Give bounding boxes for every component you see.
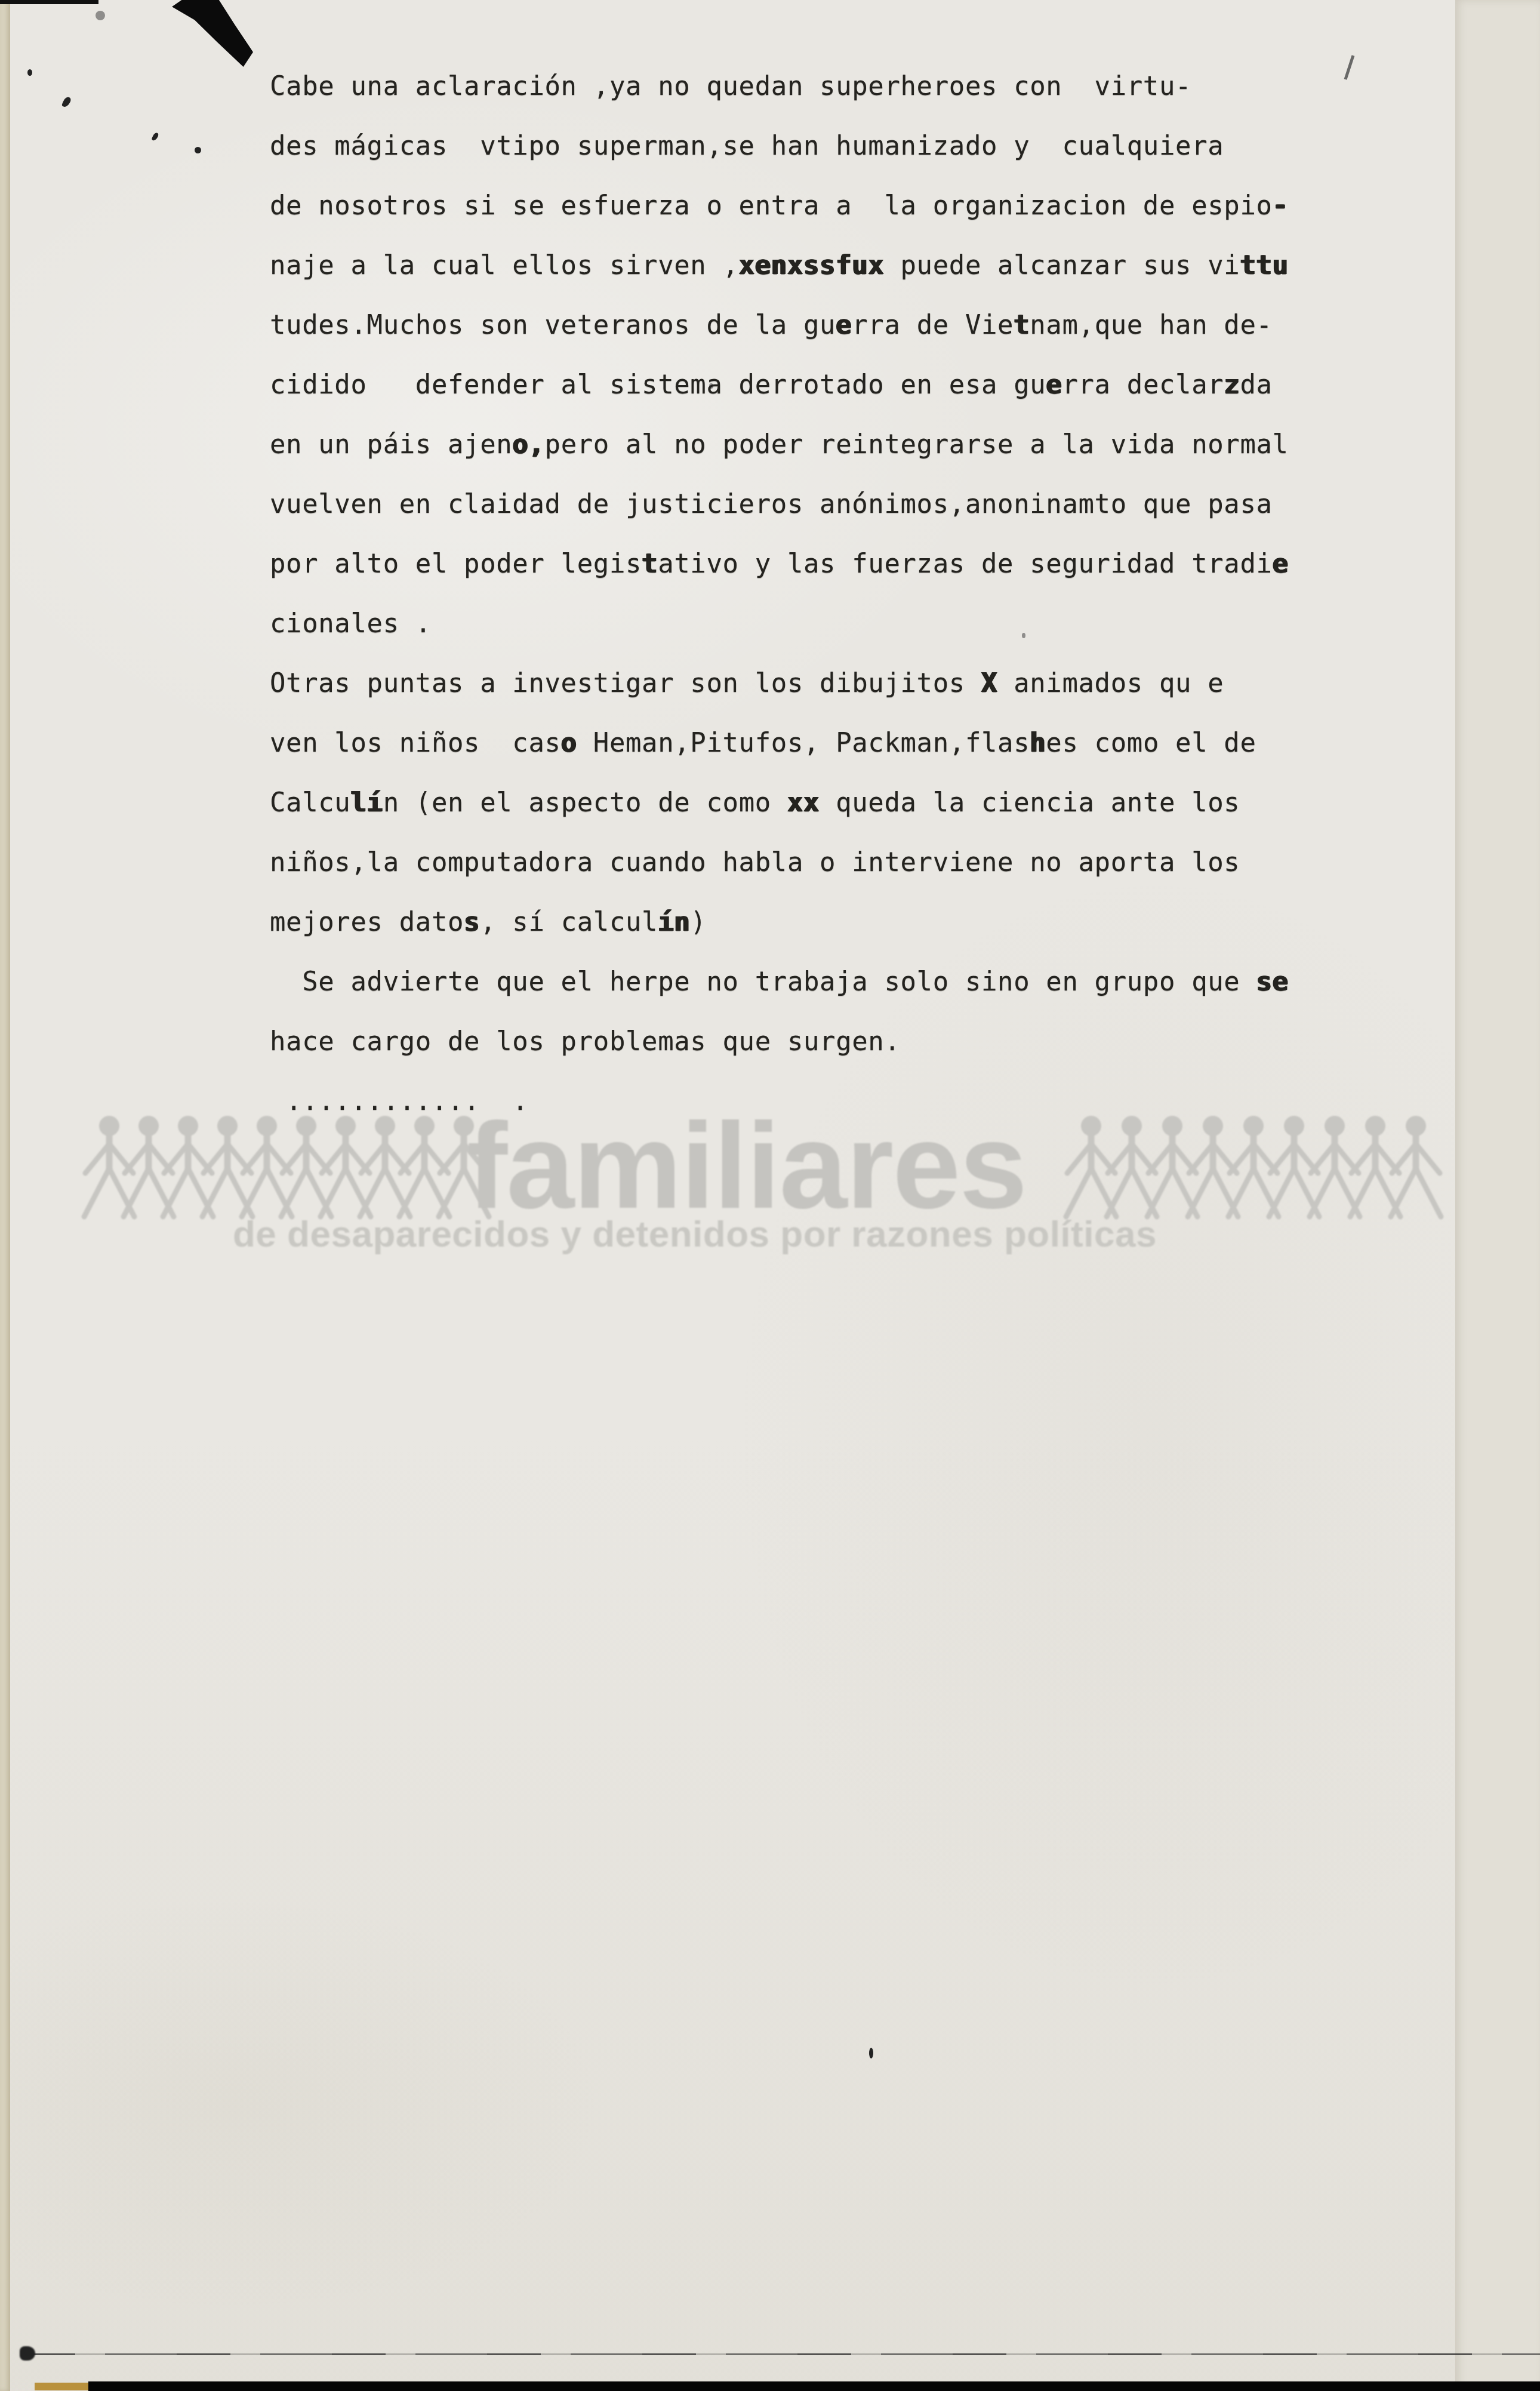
typed-text-line: mejores datos, sí calculín) — [270, 893, 1476, 952]
typed-text-segment: ............ . — [270, 1086, 528, 1116]
typed-text-segment: niños,la computadora cuando habla o inte… — [270, 847, 1240, 878]
overstrike-text: o — [561, 728, 577, 758]
overstrike-text: o, — [512, 429, 544, 460]
overstrike-text: xenxssfux — [739, 250, 885, 281]
typed-text-segment: Calcu — [270, 787, 350, 818]
overstrike-text: s — [464, 907, 480, 937]
overstrike-text: e — [1273, 549, 1289, 579]
typed-text-line: de nosotros si se esfuerza o entra a la … — [270, 176, 1476, 236]
overstrike-text: z — [1224, 370, 1240, 400]
typed-text-segment: tudes.Muchos son veteranos de la gu — [270, 310, 836, 340]
typed-text-line: ven los niños caso Heman,Pitufos, Packma… — [270, 713, 1476, 773]
bottom-scanner-bar — [88, 2381, 1540, 2391]
typed-text-segment: mejores dato — [270, 907, 464, 937]
typed-text-segment: de nosotros si se esfuerza o entra a la … — [270, 190, 1273, 221]
typed-text-line: tudes.Muchos son veteranos de la guerra … — [270, 296, 1476, 355]
typed-text-line: naje a la cual ellos sirven ,xenxssfux p… — [270, 236, 1476, 296]
ink-speck — [96, 11, 105, 20]
typed-text-segment: ven los niños cas — [270, 728, 561, 758]
typed-text-line: vuelven en claidad de justicieros anónim… — [270, 475, 1476, 534]
typed-text-segment: rra declar — [1062, 370, 1224, 400]
typed-text-segment: rra de Vie — [852, 310, 1014, 340]
overstrike-text: se — [1256, 967, 1289, 997]
typed-text-line: Otras puntas a investigar son los dibuji… — [270, 654, 1476, 713]
typed-text-segment: Cabe una aclaración ,ya no quedan superh… — [270, 71, 1191, 101]
ink-speck — [195, 147, 201, 153]
typed-text-segment: cidido defender al sistema derrotado en … — [270, 370, 1046, 400]
typed-text-segment: Otras puntas a investigar son los dibuji… — [270, 668, 981, 698]
bottom-edge-color-strip — [35, 2383, 90, 2390]
typed-text-segment: naje a la cual ellos sirven , — [270, 250, 739, 281]
overstrike-text: e — [1046, 370, 1062, 400]
overstrike-text: t — [642, 549, 658, 579]
typed-text-line: hace cargo de los problemas que surgen. — [270, 1012, 1476, 1072]
typed-text-segment: pero al no poder reintegrarse a la vida … — [545, 429, 1289, 460]
overstrike-text: e — [836, 310, 852, 340]
typed-text-segment: ativo y las fuerzas de seguridad tradi — [658, 549, 1272, 579]
typed-text-line: cidido defender al sistema derrotado en … — [270, 355, 1476, 415]
ink-speck — [869, 2048, 873, 2058]
typed-text: Cabe una aclaración ,ya no quedan superh… — [270, 57, 1476, 1131]
overstrike-text: xx — [787, 787, 820, 818]
typed-text-segment: cionales . — [270, 608, 432, 639]
typed-text-line: niños,la computadora cuando habla o inte… — [270, 833, 1476, 893]
overstrike-text: lí — [350, 787, 383, 818]
typed-text-segment: en un páis ajen — [270, 429, 512, 460]
typed-text-line: Calculín (en el aspecto de como xx queda… — [270, 773, 1476, 833]
ink-speck — [27, 69, 32, 76]
overstrike-text: - — [1273, 190, 1289, 221]
page-left-edge — [0, 0, 10, 2391]
typed-text-line: en un páis ajeno,pero al no poder reinte… — [270, 415, 1476, 475]
typed-text-line: Cabe una aclaración ,ya no quedan superh… — [270, 57, 1476, 116]
typed-text-segment: es como el de — [1046, 728, 1256, 758]
page-right-edge — [1455, 0, 1540, 2391]
typed-text-line: Se advierte que el herpe no trabaja solo… — [270, 952, 1476, 1012]
typed-text-line: des mágicas vtipo superman,se han humani… — [270, 116, 1476, 176]
overstrike-text: X — [981, 668, 997, 698]
scan-artifact-blob — [20, 2346, 35, 2361]
typed-text-segment: Se advierte que el herpe no trabaja solo… — [270, 967, 1256, 997]
scanned-document-page: familiares de desaparecidos y detenidos … — [0, 0, 1540, 2391]
overstrike-text: h — [1030, 728, 1046, 758]
watermark-subtitle: de desaparecidos y detenidos por razones… — [233, 1216, 1157, 1253]
typed-text-line: por alto el poder legistativo y las fuer… — [270, 534, 1476, 594]
typed-text-segment: por alto el poder legis — [270, 549, 642, 579]
typed-text-segment: da — [1240, 370, 1272, 400]
typed-text-line: ............ . — [270, 1072, 1476, 1131]
overstrike-text: t — [1014, 310, 1030, 340]
typed-text-segment: puede alcanzar sus vi — [884, 250, 1240, 281]
typed-text-segment: queda la ciencia ante los — [820, 787, 1240, 818]
typed-text-segment: nam,que han de- — [1030, 310, 1272, 340]
typed-text-segment: ) — [690, 907, 706, 937]
ink-speck — [1022, 633, 1025, 638]
scan-artifact-line — [21, 2353, 1540, 2355]
typed-text-segment: hace cargo de los problemas que surgen. — [270, 1026, 901, 1057]
overstrike-text: ttu — [1240, 250, 1288, 281]
typed-text-segment: vuelven en claidad de justicieros anónim… — [270, 489, 1273, 519]
typed-text-segment: animados qu e — [997, 668, 1224, 698]
overstrike-text: ín — [658, 907, 690, 937]
typed-text-segment: , sí calcul — [480, 907, 658, 937]
ink-speck — [709, 383, 713, 389]
typed-text-line: cionales . — [270, 594, 1476, 654]
typed-text-segment: des mágicas vtipo superman,se han humani… — [270, 131, 1224, 161]
typed-text-segment: n (en el aspecto de como — [383, 787, 787, 818]
typed-text-segment: Heman,Pitufos, Packman,flas — [577, 728, 1030, 758]
top-edge-shadow — [0, 0, 98, 4]
